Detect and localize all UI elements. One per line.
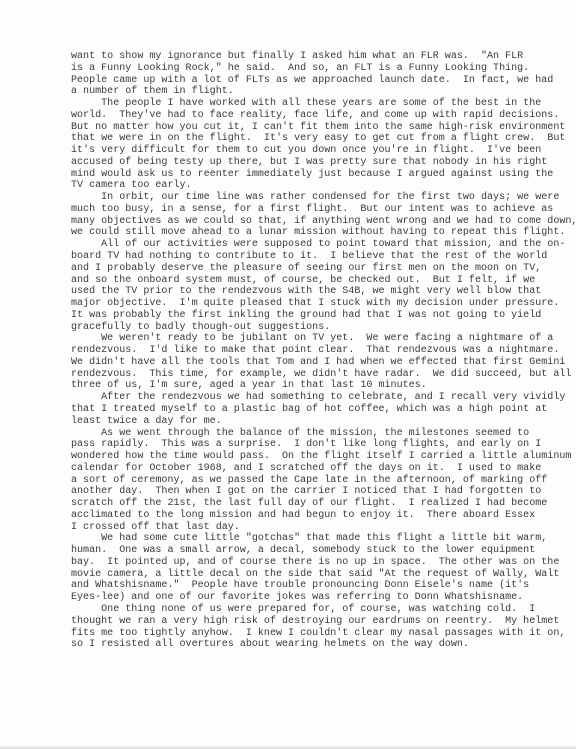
text-line: As we went through the balance of the mi… [71, 428, 571, 440]
text-line: It was probably the first inkling the gr… [71, 310, 571, 322]
typewritten-page: want to show my ignorance but finally I … [0, 0, 576, 749]
text-line: One thing none of us were prepared for, … [71, 604, 571, 616]
text-line: gracefully to badly though-out suggestio… [71, 322, 571, 334]
text-line: bay. It pointed up, and of course there … [71, 557, 571, 569]
text-line: least twice a day for me. [71, 416, 571, 428]
text-line: and Whatshisname." People have trouble p… [71, 580, 571, 592]
text-line: TV camera too early. [71, 180, 571, 192]
text-line: many objectives as we could so that, if … [71, 216, 571, 228]
text-line: People came up with a lot of FLTs as we … [71, 75, 571, 87]
text-line: a sort of ceremony, as we passed the Cap… [71, 475, 571, 487]
text-line: a number of them in flight. [71, 86, 571, 98]
text-line: I crossed off that last day. [71, 522, 571, 534]
text-line: After the rendezvous we had something to… [71, 392, 571, 404]
text-line: and so the onboard system must, of cours… [71, 275, 571, 287]
text-line: much too busy, in a sense, for a first f… [71, 204, 571, 216]
text-line: calendar for October 1968, and I scratch… [71, 463, 571, 475]
typescript-body: want to show my ignorance but finally I … [71, 51, 571, 651]
text-line: used the TV prior to the rendezvous with… [71, 286, 571, 298]
text-line: We weren't ready to be jubilant on TV ye… [71, 333, 571, 345]
text-line: mind would ask us to reenter immediately… [71, 169, 571, 181]
text-line: rendezvous. This time, for example, we d… [71, 369, 571, 381]
text-line: But no matter how you cut it, I can't fi… [71, 122, 571, 134]
text-line: pass rapidly. This was a surprise. I don… [71, 439, 571, 451]
text-line: three of us, I'm sure, aged a year in th… [71, 380, 571, 392]
text-line: so I resisted all overtures about wearin… [71, 639, 571, 651]
text-line: The people I have worked with all these … [71, 98, 571, 110]
text-line: All of our activities were supposed to p… [71, 239, 571, 251]
text-line: that we were in on the flight. It's very… [71, 133, 571, 145]
text-line: wondered how the time would pass. On the… [71, 451, 571, 463]
text-line: board TV had nothing to contribute to it… [71, 251, 571, 263]
text-line: we could still move ahead to a lunar mis… [71, 227, 571, 239]
text-line: accused of being testy up there, but I w… [71, 157, 571, 169]
text-line: Eyes-lee) and one of our favorite jokes … [71, 592, 571, 604]
text-line: human. One was a small arrow, a decal, s… [71, 545, 571, 557]
text-line: world. They've had to face reality, face… [71, 110, 571, 122]
text-line: another day. Then when I got on the carr… [71, 486, 571, 498]
text-line: that I treated myself to a plastic bag o… [71, 404, 571, 416]
text-line: We didn't have all the tools that Tom an… [71, 357, 571, 369]
text-line: We had some cute little "gotchas" that m… [71, 533, 571, 545]
text-line: acclimated to the long mission and had b… [71, 510, 571, 522]
text-line: it's very difficult for them to cut you … [71, 145, 571, 157]
text-line: In orbit, our time line was rather conde… [71, 192, 571, 204]
text-line: fits me too tightly anyhow. I knew I cou… [71, 628, 571, 640]
text-line: is a Funny Looking Rock," he said. And s… [71, 63, 571, 75]
text-line: and I probably deserve the pleasure of s… [71, 263, 571, 275]
text-line: scratch off the 21st, the last full day … [71, 498, 571, 510]
text-line: major objective. I'm quite pleased that … [71, 298, 571, 310]
text-line: thought we ran a very high risk of destr… [71, 616, 571, 628]
text-line: want to show my ignorance but finally I … [71, 51, 571, 63]
text-line: movie camera, a little decal on the side… [71, 569, 571, 581]
text-line: rendezvous. I'd like to make that point … [71, 345, 571, 357]
